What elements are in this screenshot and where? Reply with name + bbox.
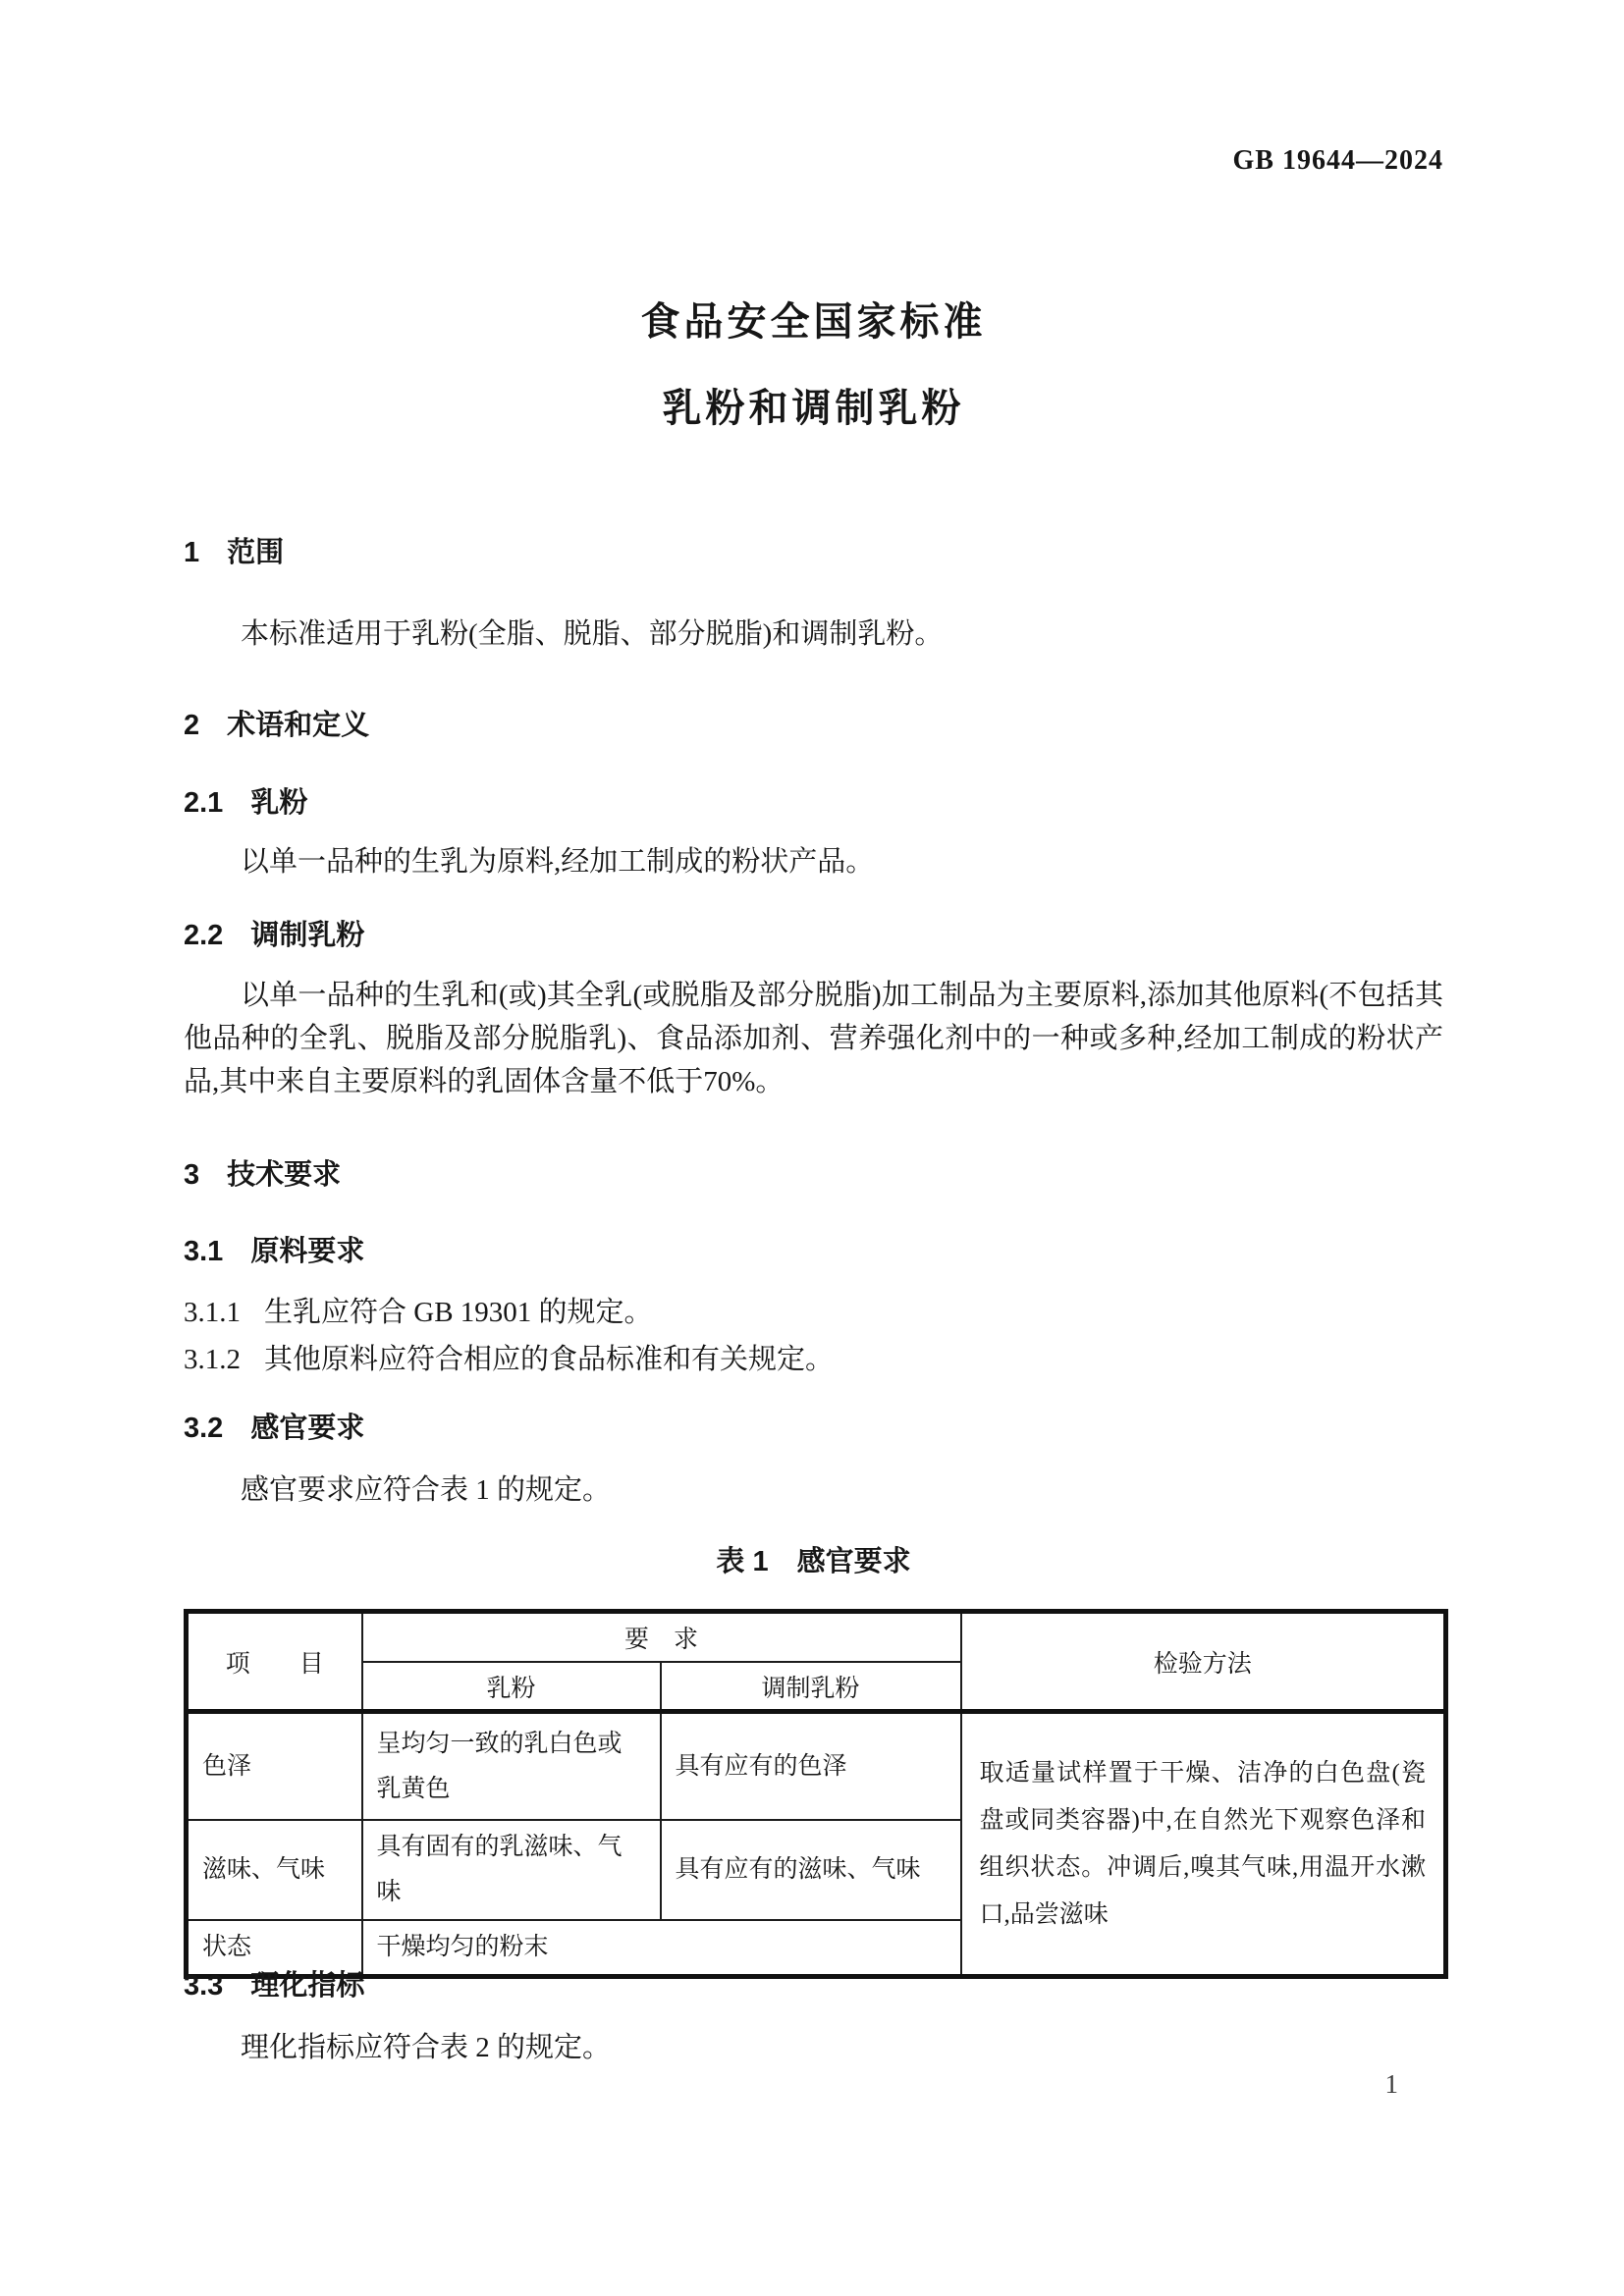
- col-header-requirement: 要 求: [362, 1612, 961, 1663]
- section-3-number: 3: [184, 1159, 199, 1191]
- doc-title: 食品安全国家标准: [184, 299, 1443, 345]
- doc-subtitle: 乳粉和调制乳粉: [184, 386, 1443, 431]
- doc-number: GB 19644—2024: [184, 145, 1443, 177]
- section-2-2-heading: 2.2调制乳粉: [184, 919, 1443, 952]
- col-header-milk-powder: 乳粉: [362, 1662, 661, 1712]
- section-1-heading: 1范围: [184, 536, 1443, 569]
- section-3-1-heading: 3.1原料要求: [184, 1235, 1443, 1268]
- clause-3-1-1-text: 生乳应符合 GB 19301 的规定。: [264, 1297, 653, 1328]
- section-2-title: 术语和定义: [227, 710, 369, 741]
- section-2-1-heading: 2.1乳粉: [184, 786, 1443, 820]
- clause-3-1-2: 3.1.2其他原料应符合相应的食品标准和有关规定。: [184, 1340, 1443, 1379]
- col-header-modified-milk-powder: 调制乳粉: [661, 1662, 961, 1712]
- section-2-2-number: 2.2: [184, 920, 223, 951]
- section-1-title: 范围: [227, 537, 284, 568]
- test-method-cell: 取适量试样置于干燥、洁净的白色盘(瓷盘或同类容器)中,在自然光下观察色泽和组织状…: [961, 1712, 1446, 1977]
- table-row-color: 色泽 呈均匀一致的乳白色或乳黄色 具有应有的色泽 取适量试样置于干燥、洁净的白色…: [187, 1712, 1446, 1821]
- clause-3-1-1: 3.1.1生乳应符合 GB 19301 的规定。: [184, 1293, 1443, 1332]
- standard-document-page: GB 19644—2024 食品安全国家标准 乳粉和调制乳粉 1范围 本标准适用…: [0, 0, 1624, 2296]
- taste-milk-powder-cell: 具有固有的乳滋味、气味: [362, 1820, 661, 1920]
- section-2-heading: 2术语和定义: [184, 709, 1443, 742]
- section-1-number: 1: [184, 537, 199, 568]
- taste-modified-cell: 具有应有的滋味、气味: [661, 1820, 961, 1920]
- clause-3-1-2-number: 3.1.2: [184, 1344, 241, 1375]
- section-2-2-title: 调制乳粉: [250, 920, 364, 951]
- section-3-2-number: 3.2: [184, 1413, 223, 1444]
- clause-3-1-1-number: 3.1.1: [184, 1297, 241, 1328]
- color-milk-powder-cell: 呈均匀一致的乳白色或乳黄色: [362, 1712, 661, 1821]
- section-2-number: 2: [184, 710, 199, 741]
- col-header-test-method: 检验方法: [961, 1612, 1446, 1712]
- row-label-taste-odor: 滋味、气味: [187, 1820, 362, 1920]
- modified-milk-powder-definition: 以单一品种的生乳和(或)其全乳(或脱脂及部分脱脂)加工制品为主要原料,添加其他原…: [184, 974, 1443, 1103]
- page-number: 1: [184, 2069, 1443, 2100]
- section-3-1-number: 3.1: [184, 1236, 223, 1267]
- row-label-color: 色泽: [187, 1712, 362, 1821]
- sensory-note-paragraph: 感官要求应符合表 1 的规定。: [184, 1468, 1443, 1512]
- state-merged-cell: 干燥均匀的粉末: [362, 1920, 961, 1977]
- section-3-title: 技术要求: [227, 1159, 341, 1191]
- table-header-row-1: 项 目 要 求 检验方法: [187, 1612, 1446, 1663]
- section-2-1-number: 2.1: [184, 787, 223, 819]
- section-3-2-heading: 3.2感官要求: [184, 1412, 1443, 1445]
- scope-paragraph: 本标准适用于乳粉(全脂、脱脂、部分脱脂)和调制乳粉。: [184, 613, 1443, 656]
- section-3-3-number: 3.3: [184, 1970, 223, 2002]
- section-3-3-title: 理化指标: [250, 1970, 364, 2002]
- color-modified-cell: 具有应有的色泽: [661, 1712, 961, 1821]
- milk-powder-definition: 以单一品种的生乳为原料,经加工制成的粉状产品。: [184, 840, 1443, 883]
- section-2-1-title: 乳粉: [250, 787, 307, 819]
- physicochemical-note-paragraph: 理化指标应符合表 2 的规定。: [184, 2026, 1443, 2069]
- section-3-3-heading: 3.3理化指标: [184, 1969, 1443, 2002]
- section-3-heading: 3技术要求: [184, 1158, 1443, 1192]
- row-label-state: 状态: [187, 1920, 362, 1977]
- section-3-2-title: 感官要求: [250, 1413, 364, 1444]
- sensory-requirements-table: 项 目 要 求 检验方法 乳粉 调制乳粉 色泽 呈均匀一致的乳白色或乳黄色 具有…: [184, 1609, 1448, 1979]
- col-header-item: 项 目: [187, 1612, 362, 1712]
- section-3-1-title: 原料要求: [250, 1236, 364, 1267]
- clause-3-1-2-text: 其他原料应符合相应的食品标准和有关规定。: [264, 1344, 834, 1375]
- table-1-caption: 表 1 感官要求: [184, 1539, 1443, 1579]
